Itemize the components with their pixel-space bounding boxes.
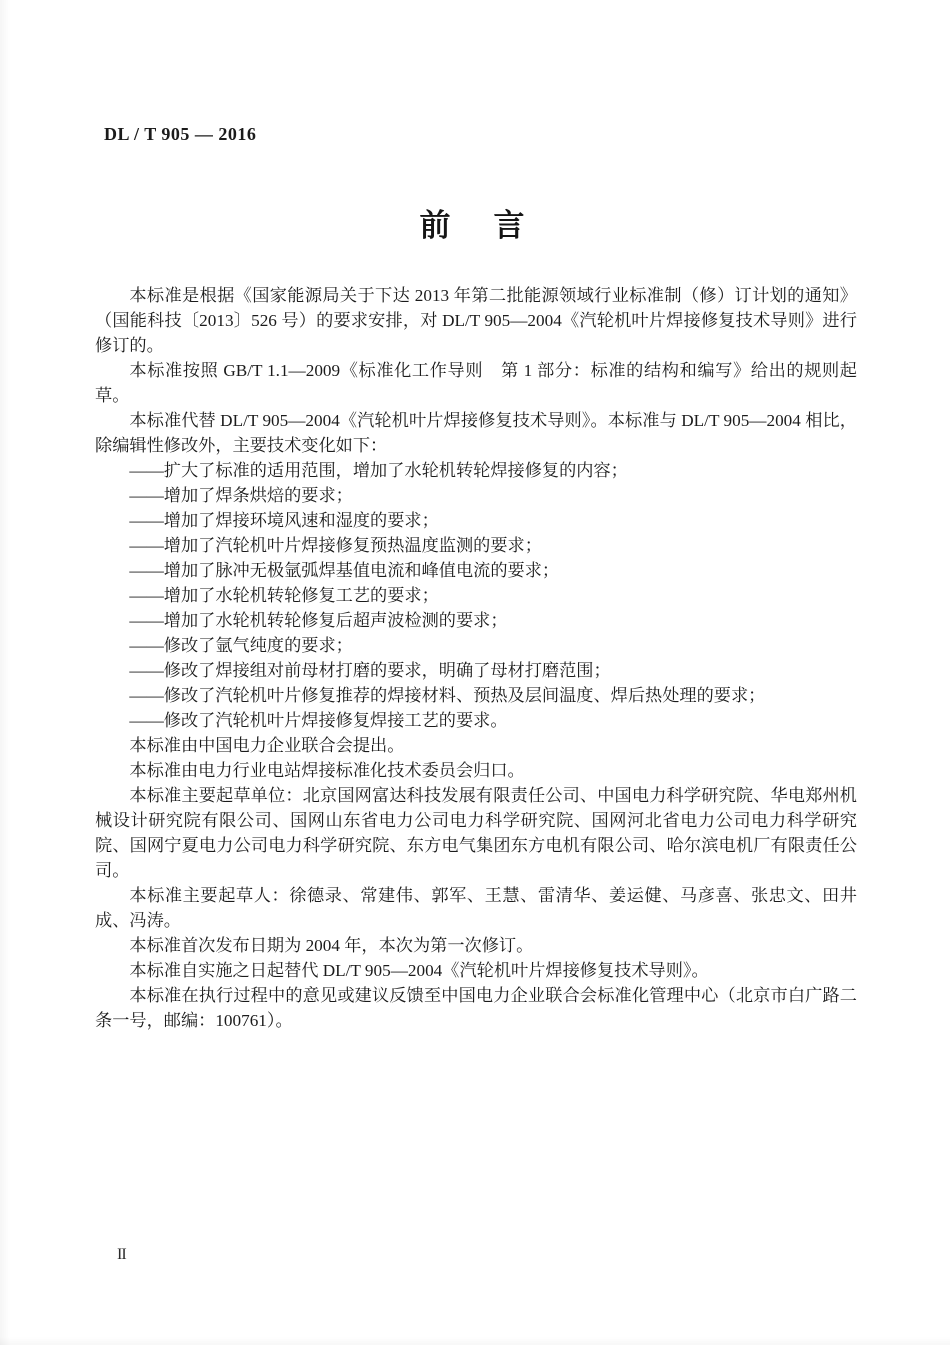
page-number: II [117, 1246, 126, 1264]
foreword-paragraph: 本标准首次发布日期为 2004 年，本次为第一次修订。 [95, 933, 857, 958]
foreword-change-item: ——增加了汽轮机叶片焊接修复预热温度监测的要求； [95, 533, 857, 558]
foreword-change-item: ——修改了氩气纯度的要求； [95, 633, 857, 658]
standard-number: DL / T 905 — 2016 [104, 124, 256, 145]
document-page: DL / T 905 — 2016 前 言 本标准是根据《国家能源局关于下达 2… [0, 0, 950, 1345]
foreword-body: 本标准是根据《国家能源局关于下达 2013 年第二批能源领域行业标准制（修）订计… [95, 283, 857, 1033]
foreword-change-item: ——增加了焊接环境风速和湿度的要求； [95, 508, 857, 533]
foreword-change-item: ——修改了汽轮机叶片焊接修复焊接工艺的要求。 [95, 708, 857, 733]
foreword-paragraph: 本标准在执行过程中的意见或建议反馈至中国电力企业联合会标准化管理中心（北京市白广… [95, 983, 857, 1033]
foreword-paragraph: 本标准自实施之日起替代 DL/T 905—2004《汽轮机叶片焊接修复技术导则》… [95, 958, 857, 983]
scan-edge-shading [0, 1337, 950, 1345]
foreword-paragraph: 本标准代替 DL/T 905—2004《汽轮机叶片焊接修复技术导则》。本标准与 … [95, 408, 857, 458]
foreword-change-item: ——扩大了标准的适用范围，增加了水轮机转轮焊接修复的内容； [95, 458, 857, 483]
foreword-change-item: ——增加了焊条烘焙的要求； [95, 483, 857, 508]
foreword-change-item: ——增加了脉冲无极氩弧焊基值电流和峰值电流的要求； [95, 558, 857, 583]
foreword-change-item: ——修改了汽轮机叶片修复推荐的焊接材料、预热及层间温度、焊后热处理的要求； [95, 683, 857, 708]
foreword-change-item: ——增加了水轮机转轮修复工艺的要求； [95, 583, 857, 608]
foreword-change-item: ——修改了焊接组对前母材打磨的要求，明确了母材打磨范围； [95, 658, 857, 683]
foreword-paragraph: 本标准是根据《国家能源局关于下达 2013 年第二批能源领域行业标准制（修）订计… [95, 283, 857, 358]
foreword-change-item: ——增加了水轮机转轮修复后超声波检测的要求； [95, 608, 857, 633]
foreword-paragraph: 本标准由中国电力企业联合会提出。 [95, 733, 857, 758]
foreword-paragraph: 本标准主要起草单位：北京国网富达科技发展有限责任公司、中国电力科学研究院、华电郑… [95, 783, 857, 883]
section-title: 前 言 [0, 200, 950, 245]
foreword-paragraph: 本标准由电力行业电站焊接标准化技术委员会归口。 [95, 758, 857, 783]
foreword-paragraph: 本标准主要起草人：徐德录、常建伟、郭军、王慧、雷清华、姜运健、马彦喜、张忠文、田… [95, 883, 857, 933]
foreword-paragraph: 本标准按照 GB/T 1.1—2009《标准化工作导则 第 1 部分：标准的结构… [95, 358, 857, 408]
